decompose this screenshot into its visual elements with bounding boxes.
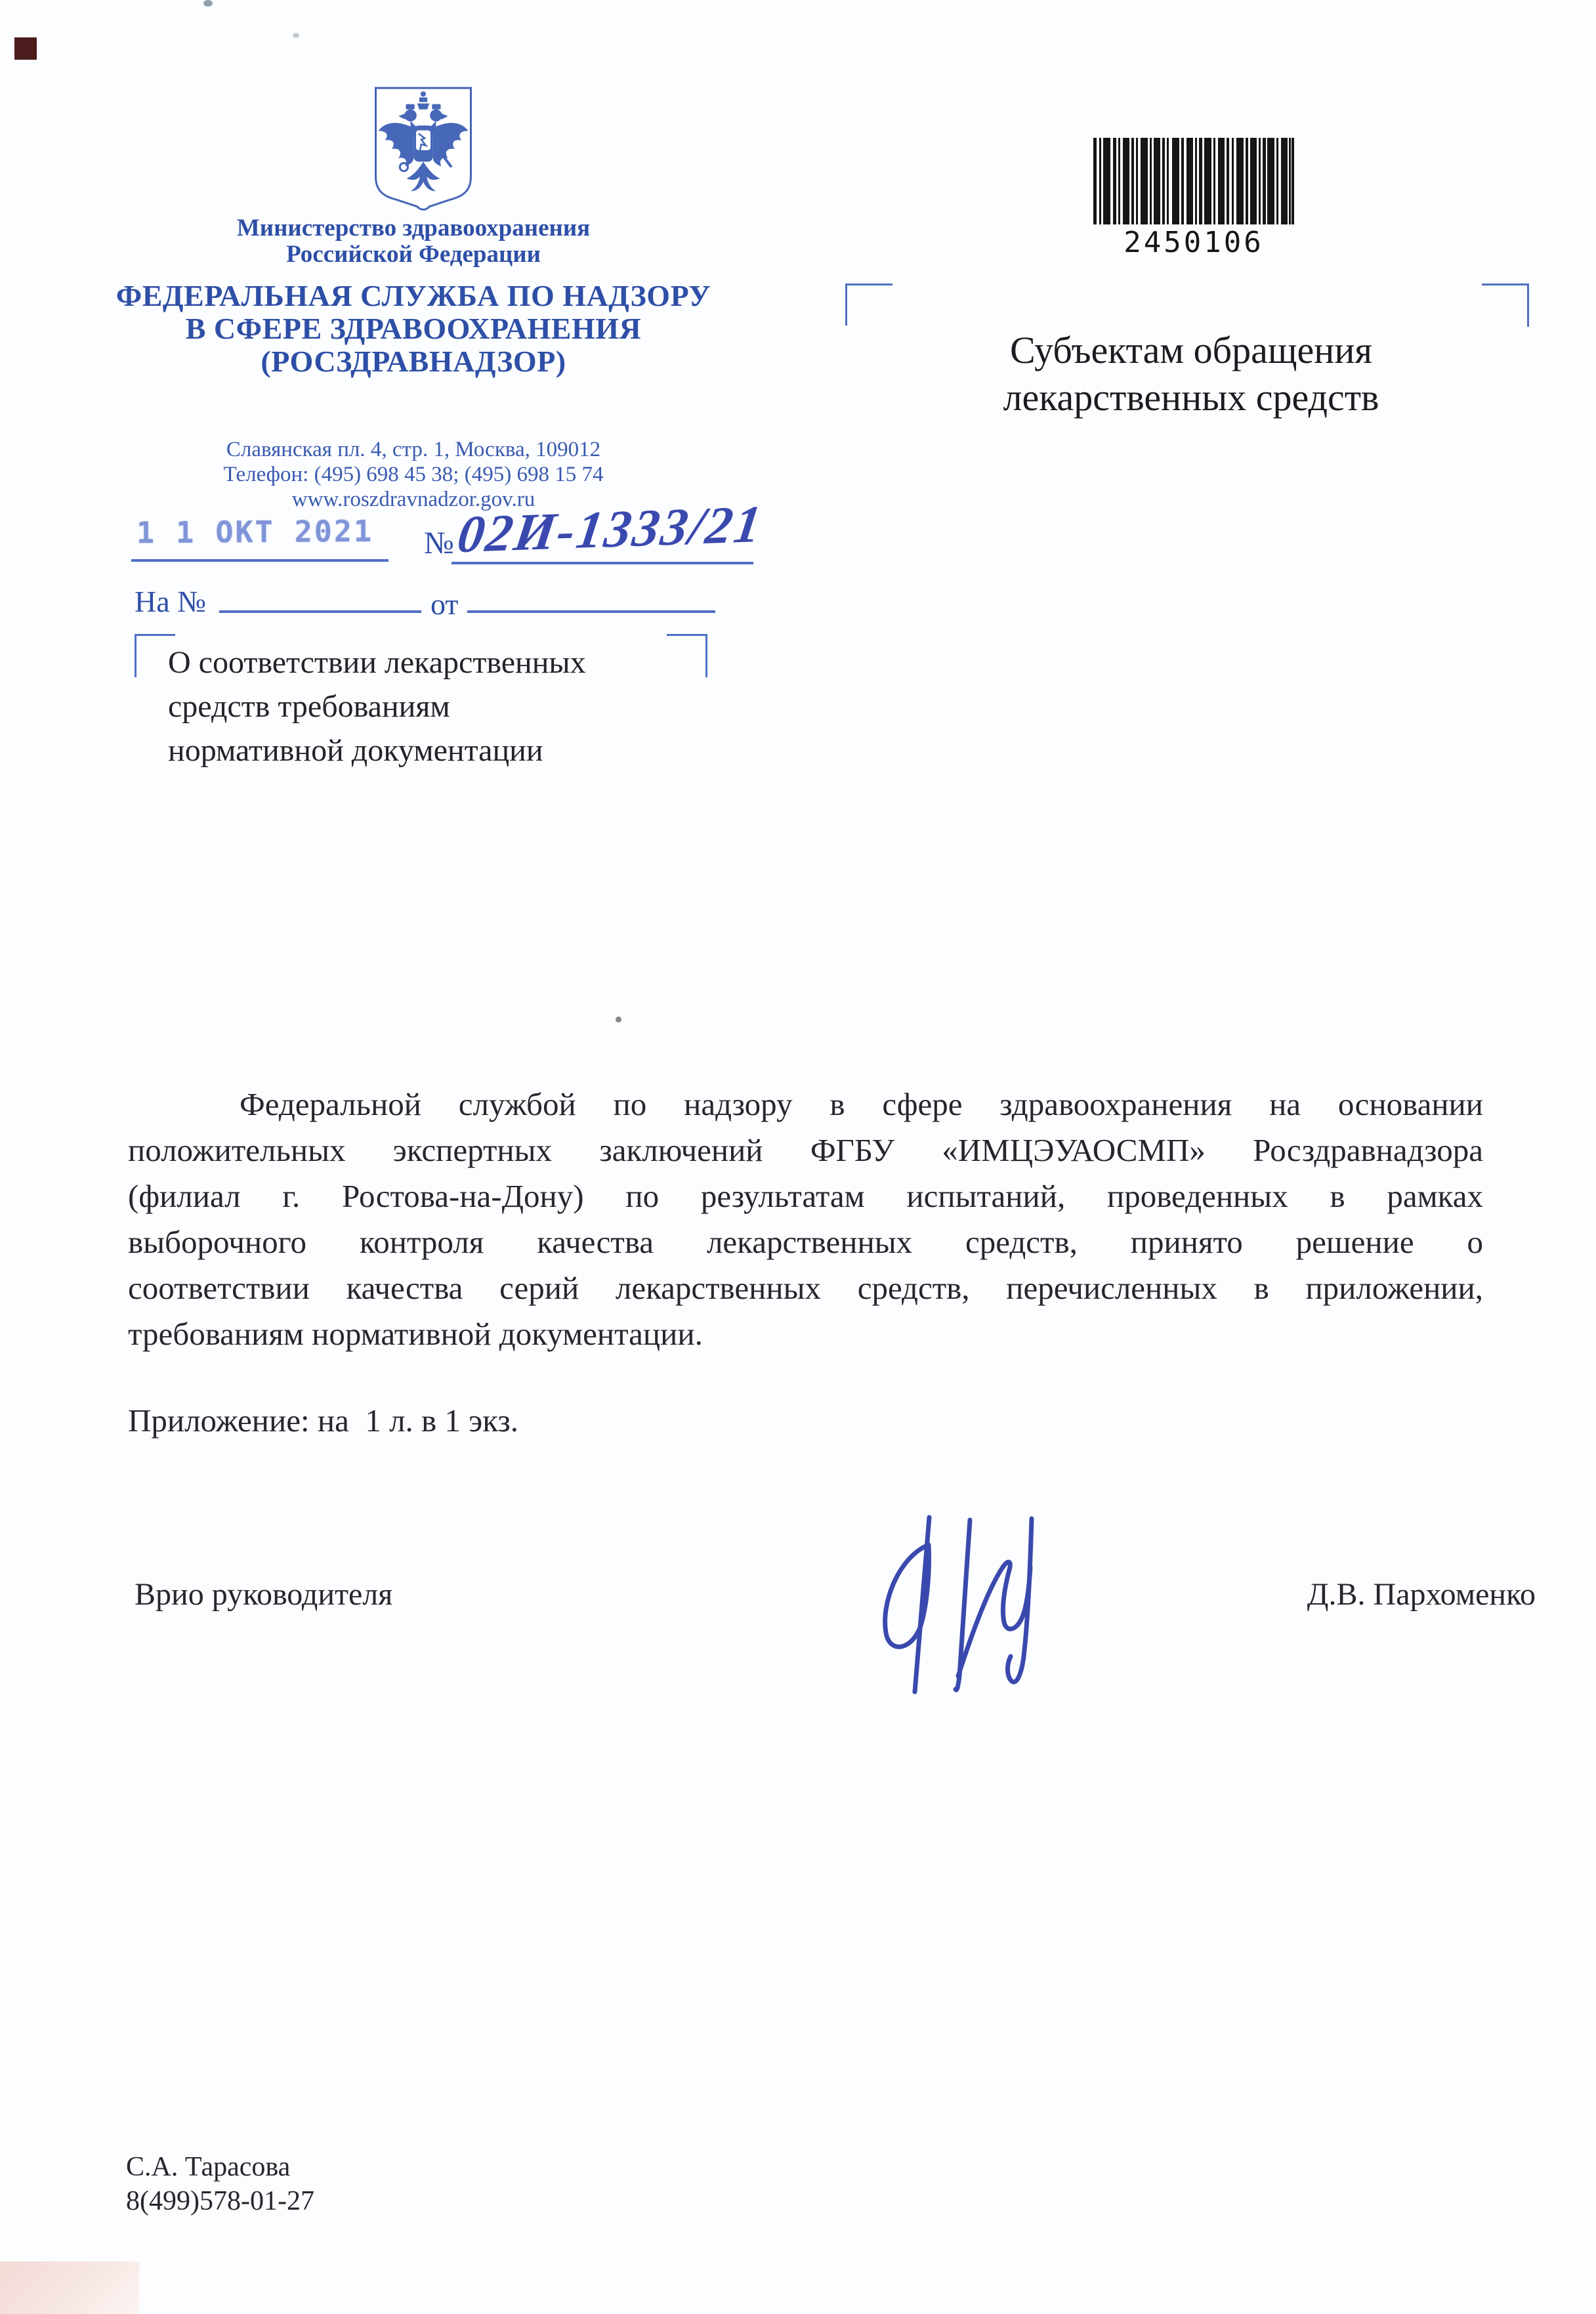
scan-artifact-pink [0, 2261, 139, 2314]
body-line: (филиал г. Ростова-на-Дону) по результат… [128, 1173, 1483, 1219]
signature-icon [866, 1504, 1063, 1708]
addressee-corner-mark-right [1527, 284, 1529, 327]
body-line: соответствии качества серий лекарственны… [128, 1265, 1483, 1311]
attachment-note: Приложение: на 1 л. в 1 экз. [128, 1402, 518, 1439]
addressee-corner-mark-left [845, 284, 892, 285]
signer-name: Д.В. Пархоменко [1307, 1576, 1536, 1612]
in-reply-number-underline [219, 610, 421, 613]
executor-block: С.А. Тарасова 8(499)578-01-27 [126, 2150, 314, 2218]
service-line-3: (РОСЗДРАВНАДЗОР) [98, 345, 728, 378]
subject-line-3: нормативной документации [168, 728, 586, 772]
ministry-line-1: Министерство здравоохранения [98, 215, 728, 242]
coat-of-arms-icon [369, 85, 478, 214]
number-underline [451, 562, 753, 564]
body-line: Федеральной службой по надзору в сфере з… [128, 1082, 1483, 1127]
outgoing-number-handwritten: 02И-1333/21 [454, 495, 767, 566]
subject-line-2: средств требованиям [168, 684, 586, 728]
addressee-block: Субъектам обращения лекарственных средст… [886, 327, 1496, 421]
in-reply-from-label: от [430, 587, 459, 621]
subject-corner-mark-right [705, 634, 707, 677]
scan-speck [293, 33, 299, 38]
body-line: положительных экспертных заключений ФГБУ… [128, 1127, 1483, 1173]
scan-speck [616, 1017, 621, 1022]
subject-block: О соответствии лекарственных средств тре… [168, 641, 586, 772]
subject-corner-mark-right [667, 634, 707, 636]
document-page: Министерство здравоохранения Российской … [0, 0, 1596, 2314]
subject-corner-mark-left [135, 634, 136, 677]
date-underline [131, 559, 388, 562]
letterhead-address: Славянская пл. 4, стр. 1, Москва, 109012 [98, 437, 728, 462]
service-line-1: ФЕДЕРАЛЬНАЯ СЛУЖБА ПО НАДЗОРУ [98, 280, 728, 312]
barcode [1093, 138, 1294, 224]
executor-name: С.А. Тарасова [126, 2150, 314, 2184]
letterhead-phone: Телефон: (495) 698 45 38; (495) 698 15 7… [98, 462, 728, 487]
subject-line-1: О соответствии лекарственных [168, 641, 586, 684]
subject-corner-mark-left [135, 634, 175, 636]
in-reply-date-underline [467, 610, 715, 613]
addressee-line-2: лекарственных средств [886, 374, 1496, 421]
service-line-2: В СФЕРЕ ЗДРАВООХРАНЕНИЯ [98, 312, 728, 345]
addressee-corner-mark-right [1482, 284, 1529, 285]
barcode-number: 2450106 [1093, 226, 1294, 259]
signer-position: Врио руководителя [135, 1576, 392, 1612]
addressee-line-1: Субъектам обращения [886, 327, 1496, 374]
service-name: ФЕДЕРАЛЬНАЯ СЛУЖБА ПО НАДЗОРУ В СФЕРЕ ЗД… [98, 280, 728, 378]
body-line: выборочного контроля качества лекарствен… [128, 1219, 1483, 1265]
ministry-name: Министерство здравоохранения Российской … [98, 215, 728, 268]
number-sign-label: № [424, 525, 454, 561]
scan-artifact-red-mark [14, 37, 37, 60]
date-stamp: 1 1 ОКТ 2021 [136, 514, 373, 551]
body-line: требованиям нормативной документации. [128, 1311, 1483, 1357]
scan-speck [203, 0, 213, 7]
addressee-corner-mark-left [845, 284, 847, 326]
ministry-line-2: Российской Федерации [98, 242, 728, 268]
in-reply-to-label: На № [135, 584, 206, 619]
body-paragraph: Федеральной службой по надзору в сфере з… [128, 1082, 1483, 1357]
executor-phone: 8(499)578-01-27 [126, 2184, 314, 2218]
